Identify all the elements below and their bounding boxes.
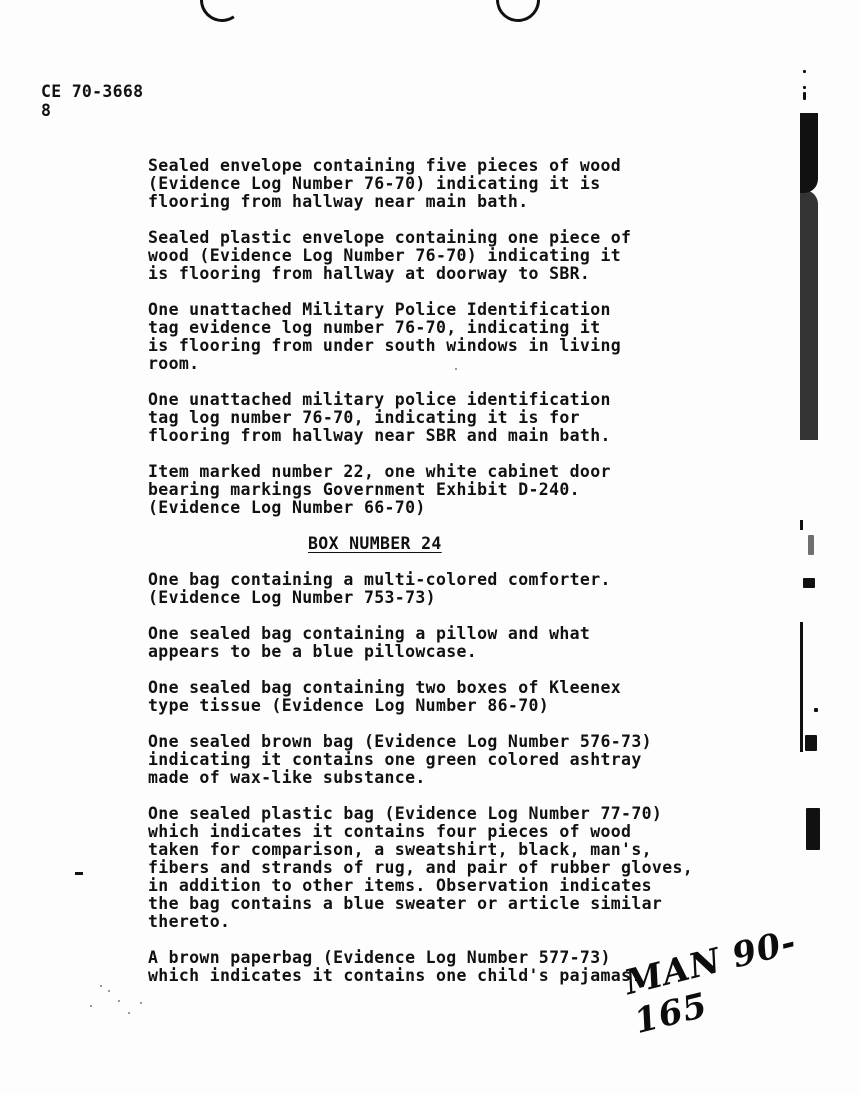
margin-mark (75, 872, 83, 875)
evidence-paragraph: One sealed bag containing a pillow and w… (148, 625, 768, 661)
evidence-paragraph: One unattached Military Police Identific… (148, 301, 768, 373)
page-number: 8 (41, 101, 143, 120)
evidence-paragraph: Sealed envelope containing five pieces o… (148, 157, 768, 211)
evidence-paragraph: One sealed bag containing two boxes of K… (148, 679, 768, 715)
hole-punch-mark (491, 0, 545, 27)
document-page: CE 70-3668 8 Sealed envelope containing … (0, 0, 860, 1094)
section-heading: BOX NUMBER 24 (148, 535, 768, 553)
evidence-paragraph: Sealed plastic envelope containing one p… (148, 229, 768, 283)
hole-punch-mark (197, 0, 248, 25)
evidence-paragraph: One sealed brown bag (Evidence Log Numbe… (148, 733, 768, 787)
reference-number: CE 70-3668 (41, 82, 143, 101)
evidence-paragraph: Item marked number 22, one white cabinet… (148, 463, 768, 517)
document-body: Sealed envelope containing five pieces o… (148, 157, 768, 1003)
evidence-paragraph: One unattached military police identific… (148, 391, 768, 445)
evidence-paragraph: One bag containing a multi-colored comfo… (148, 571, 768, 607)
document-header: CE 70-3668 8 (41, 82, 143, 120)
evidence-paragraph: One sealed plastic bag (Evidence Log Num… (148, 805, 768, 931)
